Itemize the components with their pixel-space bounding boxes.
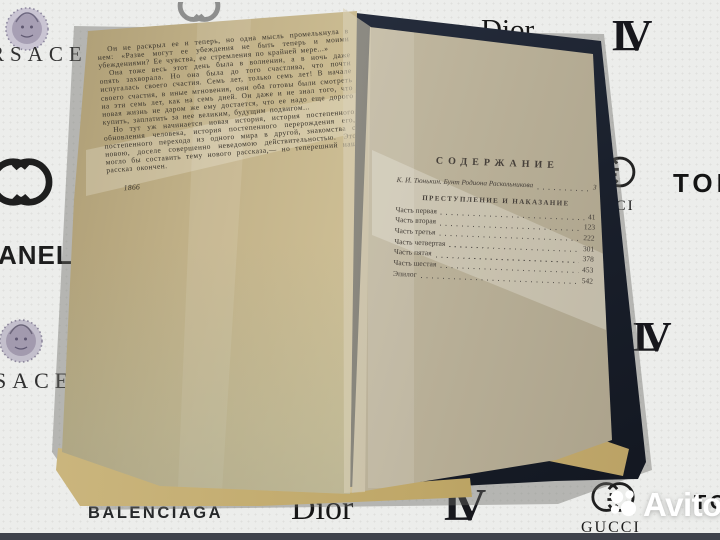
contents-title: СОДЕРЖАНИЕ	[397, 154, 597, 173]
toc-entry-page: 378	[582, 256, 594, 264]
lv-monogram-icon-top: LV	[612, 10, 636, 61]
toc-entry-label: Часть первая	[395, 206, 437, 215]
dot-leader	[421, 271, 578, 284]
photo-background: RSACE Dior LV ANEL SACE TOM	[0, 0, 720, 540]
tom-ford-wordmark-right: TOM	[673, 168, 720, 199]
avito-wordmark: Avito	[643, 486, 720, 524]
toc-entry-page: 222	[583, 234, 595, 242]
table-edge	[0, 533, 720, 540]
toc-entry-page: 453	[582, 266, 594, 274]
toc-entry-page: 301	[583, 245, 595, 253]
left-page-text: Он не раскрыл ее и теперь, но одна мысль…	[97, 27, 359, 193]
chanel-cc-icon-side	[0, 150, 60, 214]
table-of-contents: СОДЕРЖАНИЕ К. И. Тюнькин. Бунт Родиона Р…	[393, 146, 598, 288]
toc-entry-label: Часть шестая	[393, 259, 436, 268]
toc-entry-intro: К. И. Тюнькин. Бунт Родиона Раскольников…	[397, 177, 597, 192]
toc-entry-page: 542	[582, 277, 594, 285]
toc-entry-label: Эпилог	[393, 270, 417, 278]
toc-entry-label: Часть вторая	[395, 216, 436, 225]
toc-entry-label: Часть четвертая	[394, 238, 445, 248]
toc-entry-page: 3	[593, 185, 597, 193]
toc-entry-label: Часть пятая	[394, 248, 432, 257]
versace-medusa-icon-bottom	[0, 318, 44, 364]
avito-watermark: Avito	[608, 486, 720, 524]
toc-entry-label: Часть третья	[395, 227, 436, 236]
toc-entry-label: К. И. Тюнькин. Бунт Родиона Раскольников…	[397, 177, 534, 190]
toc-entry-page: 41	[588, 213, 596, 221]
toc-entry-page: 123	[584, 223, 596, 231]
dot-leader	[537, 183, 589, 192]
avito-logo-icon	[608, 488, 638, 523]
